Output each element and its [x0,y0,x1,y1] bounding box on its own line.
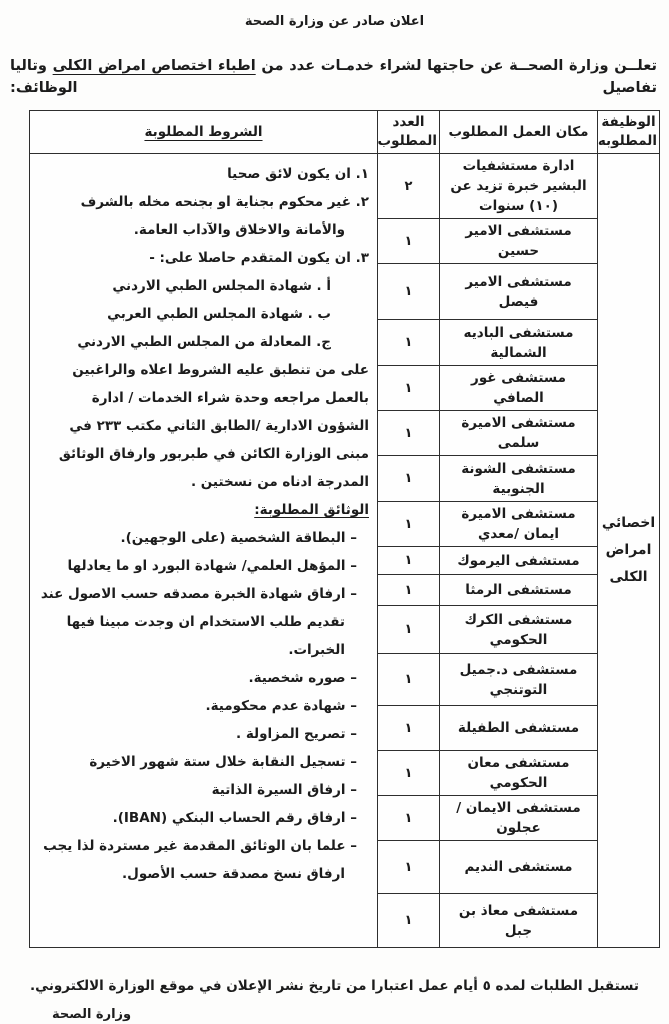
count-cell: ١ [378,366,440,411]
count-cell: ١ [378,411,440,456]
location-cell: مستشفى الايمان /عجلون [440,796,598,841]
conditions-cell: ١. ان يكون لائق صحيا ٢. غير محكوم بجناية… [30,154,378,948]
intro-paragraph: تعلــن وزارة الصحــة عن حاجتها لشراء خدم… [10,55,657,99]
document-item: – تصريح المزاولة . [36,720,369,748]
count-cell: ١ [378,706,440,751]
header-count: العدد المطلوب [378,111,440,154]
condition-paragraph: على من تنطبق عليه الشروط اعلاه والراغبين… [36,356,369,496]
count-cell: ١ [378,547,440,575]
location-cell: مستشفى الاميرة ايمان /معدي [440,502,598,547]
location-cell: مستشفى الشونة الجنوبية [440,456,598,502]
table-row: اخصائي امراض الكلى ادارة مستشفيات البشير… [30,154,660,219]
document-item: – ارفاق رقم الحساب البنكي (IBAN). [36,804,369,832]
count-cell: ١ [378,796,440,841]
document-item: – ارفاق السيرة الذاتية [36,776,369,804]
location-cell: مستشفى اليرموك [440,547,598,575]
header-position: الوظيفة المطلوبه [598,111,660,154]
count-cell: ١ [378,502,440,547]
document-item: – تسجيل النقابة خلال ستة شهور الاخيرة [36,748,369,776]
document-item: – علما بان الوثائق المقدمة غير مستردة لذ… [36,832,369,888]
condition-subitem: ج. المعادلة من المجلس الطبي الاردني [36,328,369,356]
position-cell: اخصائي امراض الكلى [598,154,660,948]
location-cell: مستشفى الباديه الشمالية [440,320,598,366]
location-cell: مستشفى الامير حسين [440,219,598,264]
header-location: مكان العمل المطلوب [440,111,598,154]
condition-item: ٢. غير محكوم بجناية او بجنحه مخله بالشرف… [36,188,369,244]
document-item: – ارفاق شهادة الخبرة مصدقه حسب الاصول عن… [36,580,369,664]
count-cell: ١ [378,575,440,606]
document-page: اعلان صادر عن وزارة الصحة تعلــن وزارة ا… [0,0,669,1024]
location-cell: مستشفى الرمثا [440,575,598,606]
header-conditions: الشروط المطلوبة [30,111,378,154]
location-cell: مستشفى الطفيلة [440,706,598,751]
intro-text-underlined: اطباء اختصاص امراض الكلى [53,57,256,74]
condition-item: ٣. ان يكون المتقدم حاصلا على: - [36,244,369,272]
document-item: – صوره شخصية. [36,664,369,692]
location-cell: مستشفى معان الحكومي [440,751,598,796]
documents-heading: الوثائق المطلوبة: [36,496,369,524]
location-cell: مستشفى النديم [440,841,598,894]
count-cell: ١ [378,219,440,264]
count-cell: ١ [378,264,440,320]
count-cell: ١ [378,751,440,796]
count-cell: ١ [378,456,440,502]
location-cell: ادارة مستشفيات البشير خبرة تزيد عن (١٠) … [440,154,598,219]
document-item: – المؤهل العلمي/ شهادة البورد او ما يعاد… [36,552,369,580]
count-cell: ١ [378,320,440,366]
document-item: – شهادة عدم محكومية. [36,692,369,720]
condition-item: ١. ان يكون لائق صحيا [36,160,369,188]
count-cell: ١ [378,841,440,894]
condition-subitem: ب . شهادة المجلس الطبي العربي [36,300,369,328]
count-cell: ٢ [378,154,440,219]
location-cell: مستشفى الامير فيصل [440,264,598,320]
location-cell: مستشفى د.جميل التوتنجي [440,654,598,706]
location-cell: مستشفى غور الصافي [440,366,598,411]
count-cell: ١ [378,654,440,706]
page-title: اعلان صادر عن وزارة الصحة [0,0,669,29]
count-cell: ١ [378,606,440,654]
table-header-row: الوظيفة المطلوبه مكان العمل المطلوب العد… [30,111,660,154]
intro-text-before: تعلــن وزارة الصحــة عن حاجتها لشراء خدم… [256,57,657,74]
count-cell: ١ [378,894,440,948]
ministry-signature: وزارة الصحة [0,1007,669,1022]
location-cell: مستشفى معاذ بن جبل [440,894,598,948]
document-item: – البطاقة الشخصية (على الوجهين). [36,524,369,552]
condition-subitem: أ . شهادة المجلس الطبي الاردني [36,272,369,300]
location-cell: مستشفى الاميرة سلمى [440,411,598,456]
footer-note: تستقبل الطلبات لمده ٥ أيام عمل اعتبارا م… [20,978,649,994]
jobs-table: الوظيفة المطلوبه مكان العمل المطلوب العد… [29,110,660,948]
location-cell: مستشفى الكرك الحكومي [440,606,598,654]
